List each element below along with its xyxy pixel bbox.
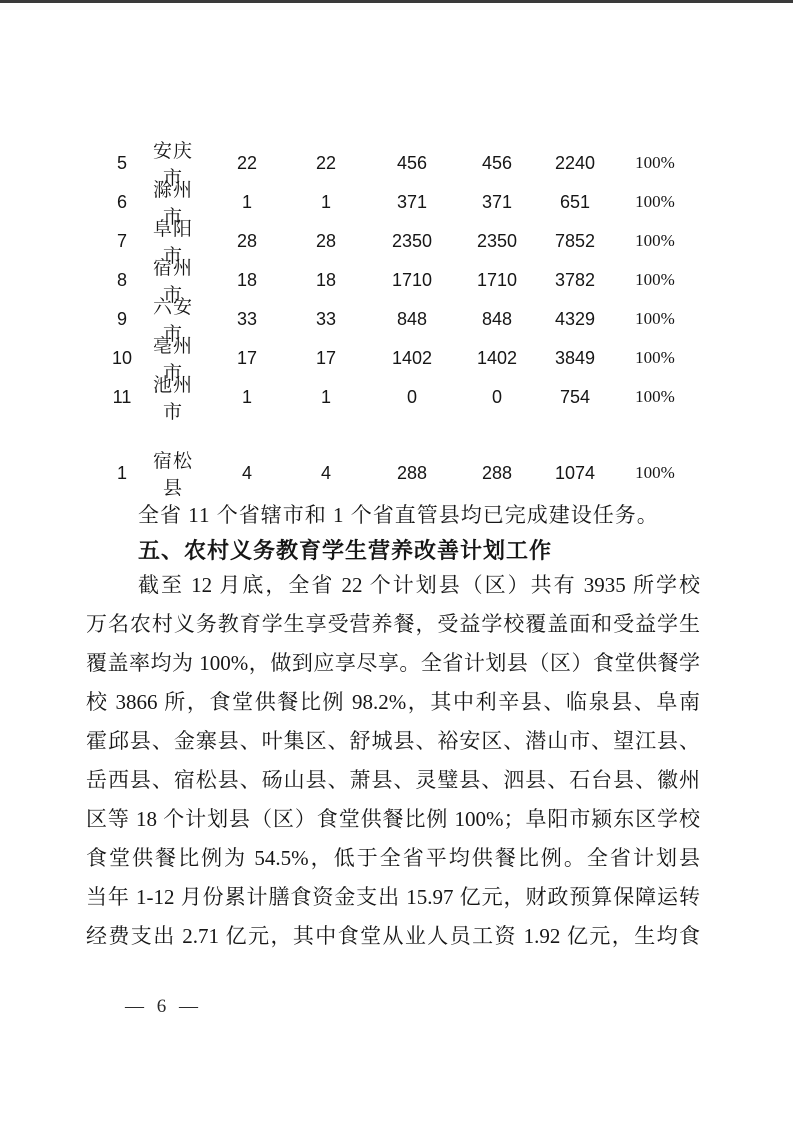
value-cell: 754 bbox=[530, 387, 620, 408]
value-cell: 0 bbox=[360, 387, 464, 408]
value-cell: 456 bbox=[464, 153, 530, 174]
percent-cell: 100% bbox=[620, 309, 690, 329]
value-cell: 28 bbox=[202, 231, 292, 252]
document-page: 5 安庆市 22 22 456 456 2240 100% 6 滁州市 1 1 … bbox=[0, 0, 793, 1122]
value-cell: 1710 bbox=[464, 270, 530, 291]
summary-paragraph: 全省 11 个省辖市和 1 个省直管县均已完成建设任务。 bbox=[86, 496, 700, 535]
percent-cell: 100% bbox=[620, 463, 690, 483]
row-index-cell: 8 bbox=[100, 270, 144, 291]
value-cell: 371 bbox=[464, 192, 530, 213]
value-cell: 2350 bbox=[360, 231, 464, 252]
value-cell: 4329 bbox=[530, 309, 620, 330]
body-line: 食堂供餐比例为 54.5%，低于全省平均供餐比例。全省计划县（区） bbox=[86, 839, 700, 878]
value-cell: 4 bbox=[292, 463, 360, 484]
table-row: 7 阜阳市 28 28 2350 2350 7852 100% bbox=[100, 214, 690, 253]
table-row: 5 安庆市 22 22 456 456 2240 100% bbox=[100, 136, 690, 175]
page-number: — 6 — bbox=[125, 992, 202, 1022]
value-cell: 17 bbox=[202, 348, 292, 369]
county-cell: 宿松县 bbox=[144, 446, 202, 500]
body-line: 校 3866 所，食堂供餐比例 98.2%，其中利辛县、临泉县、阜南县、 bbox=[86, 683, 700, 722]
city-cell: 池州市 bbox=[144, 370, 202, 424]
value-cell: 1710 bbox=[360, 270, 464, 291]
table-row: 6 滁州市 1 1 371 371 651 100% bbox=[100, 175, 690, 214]
body-line: 截至 12 月底，全省 22 个计划县（区）共有 3935 所学校 136.71 bbox=[86, 566, 700, 605]
value-cell: 3849 bbox=[530, 348, 620, 369]
percent-cell: 100% bbox=[620, 231, 690, 251]
value-cell: 7852 bbox=[530, 231, 620, 252]
body-line: 当年 1-12 月份累计膳食资金支出 15.97 亿元，财政预算保障运转 bbox=[86, 878, 700, 917]
value-cell: 1402 bbox=[360, 348, 464, 369]
row-index-cell: 6 bbox=[100, 192, 144, 213]
value-cell: 17 bbox=[292, 348, 360, 369]
value-cell: 371 bbox=[360, 192, 464, 213]
row-index-cell: 1 bbox=[100, 463, 144, 484]
body-line: 覆盖率均为 100%，做到应享尽享。全省计划县（区）食堂供餐学 bbox=[86, 644, 700, 683]
scan-artifact-top-line bbox=[0, 0, 793, 3]
table-row: 11 池州市 1 1 0 0 754 100% bbox=[100, 370, 690, 409]
value-cell: 22 bbox=[292, 153, 360, 174]
percent-cell: 100% bbox=[620, 348, 690, 368]
value-cell: 1 bbox=[202, 192, 292, 213]
value-cell: 1 bbox=[202, 387, 292, 408]
body-line: 霍邱县、金寨县、叶集区、舒城县、裕安区、潜山市、望江县、 bbox=[86, 722, 700, 761]
value-cell: 848 bbox=[464, 309, 530, 330]
value-cell: 651 bbox=[530, 192, 620, 213]
value-cell: 33 bbox=[202, 309, 292, 330]
table-row: 9 六安市 33 33 848 848 4329 100% bbox=[100, 292, 690, 331]
value-cell: 1402 bbox=[464, 348, 530, 369]
value-cell: 288 bbox=[464, 463, 530, 484]
value-cell: 18 bbox=[292, 270, 360, 291]
table-row: 10 亳州市 17 17 1402 1402 3849 100% bbox=[100, 331, 690, 370]
value-cell: 848 bbox=[360, 309, 464, 330]
table-row-county: 1 宿松县 4 4 288 288 1074 100% bbox=[100, 446, 690, 485]
percent-cell: 100% bbox=[620, 192, 690, 212]
value-cell: 0 bbox=[464, 387, 530, 408]
value-cell: 1 bbox=[292, 192, 360, 213]
row-index-cell: 7 bbox=[100, 231, 144, 252]
percent-cell: 100% bbox=[620, 387, 690, 407]
value-cell: 33 bbox=[292, 309, 360, 330]
city-construction-table: 5 安庆市 22 22 456 456 2240 100% 6 滁州市 1 1 … bbox=[100, 136, 690, 485]
value-cell: 4 bbox=[202, 463, 292, 484]
body-line: 经费支出 2.71 亿元，其中食堂从业人员工资 1.92 亿元，生均食 bbox=[86, 917, 700, 956]
value-cell: 1074 bbox=[530, 463, 620, 484]
table-row: 8 宿州市 18 18 1710 1710 3782 100% bbox=[100, 253, 690, 292]
value-cell: 288 bbox=[360, 463, 464, 484]
body-line: 区等 18 个计划县（区）食堂供餐比例 100%；阜阳市颍东区学校 bbox=[86, 800, 700, 839]
value-cell: 2240 bbox=[530, 153, 620, 174]
value-cell: 3782 bbox=[530, 270, 620, 291]
row-index-cell: 10 bbox=[100, 348, 144, 369]
body-line: 万名农村义务教育学生享受营养餐，受益学校覆盖面和受益学生 bbox=[86, 605, 700, 644]
value-cell: 456 bbox=[360, 153, 464, 174]
percent-cell: 100% bbox=[620, 153, 690, 173]
value-cell: 1 bbox=[292, 387, 360, 408]
value-cell: 22 bbox=[202, 153, 292, 174]
percent-cell: 100% bbox=[620, 270, 690, 290]
value-cell: 28 bbox=[292, 231, 360, 252]
value-cell: 18 bbox=[202, 270, 292, 291]
body-paragraph: 截至 12 月底，全省 22 个计划县（区）共有 3935 所学校 136.71… bbox=[86, 566, 700, 956]
row-index-cell: 9 bbox=[100, 309, 144, 330]
section-heading: 五、农村义务教育学生营养改善计划工作 bbox=[86, 531, 700, 570]
row-index-cell: 5 bbox=[100, 153, 144, 174]
body-line: 岳西县、宿松县、砀山县、萧县、灵璧县、泗县、石台县、徽州 bbox=[86, 761, 700, 800]
value-cell: 2350 bbox=[464, 231, 530, 252]
row-index-cell: 11 bbox=[100, 387, 144, 408]
